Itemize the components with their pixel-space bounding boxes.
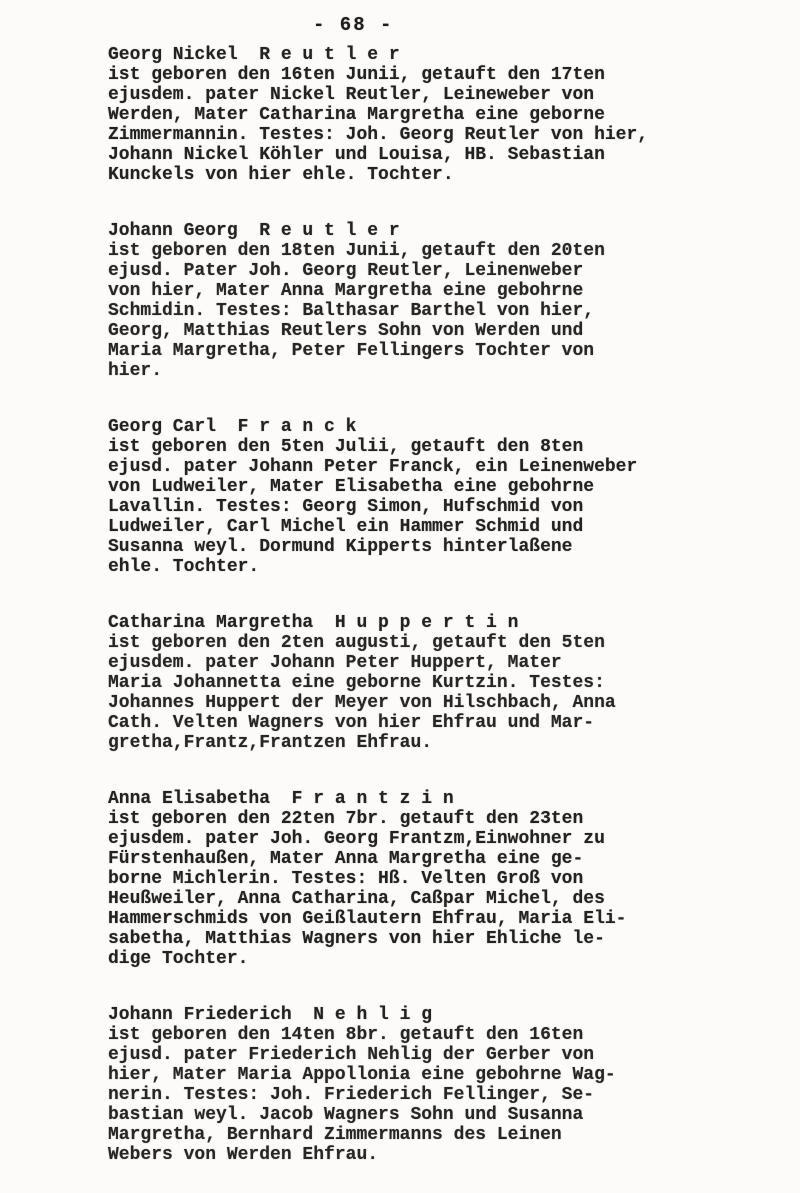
record-body: ist geboren den 16ten Junii, getauft den… [108, 65, 770, 185]
record-body: ist geboren den 14ten 8br. getauft den 1… [108, 1025, 770, 1165]
record-name: Georg Carl F r a n c k [108, 417, 770, 437]
record-name: Johann Georg R e u t l e r [108, 221, 770, 241]
record-name: Georg Nickel R e u t l e r [108, 45, 770, 65]
record-name: Johann Friederich N e h l i g [108, 1005, 770, 1025]
record-name: Anna Elisabetha F r a n t z i n [108, 789, 770, 809]
record-name: Catharina Margretha H u p p e r t i n [108, 613, 770, 633]
baptism-record: Johann Friederich N e h l i g ist gebore… [108, 1005, 770, 1165]
baptism-record: Anna Elisabetha F r a n t z i n ist gebo… [108, 789, 770, 969]
baptism-record: Georg Nickel R e u t l e r ist geboren d… [108, 45, 770, 185]
scanned-register-page: - 68 - Georg Nickel R e u t l e r ist ge… [0, 0, 800, 1193]
baptism-record: Johann Georg R e u t l e r ist geboren d… [108, 221, 770, 381]
record-body: ist geboren den 18ten Junii, getauft den… [108, 241, 770, 381]
record-body: ist geboren den 22ten 7br. getauft den 2… [108, 809, 770, 969]
baptism-record: Catharina Margretha H u p p e r t i n is… [108, 613, 770, 753]
record-body: ist geboren den 5ten Julii, getauft den … [108, 437, 770, 577]
page-number: - 68 - [313, 15, 770, 35]
record-body: ist geboren den 2ten augusti, getauft de… [108, 633, 770, 753]
baptism-record: Georg Carl F r a n c k ist geboren den 5… [108, 417, 770, 577]
